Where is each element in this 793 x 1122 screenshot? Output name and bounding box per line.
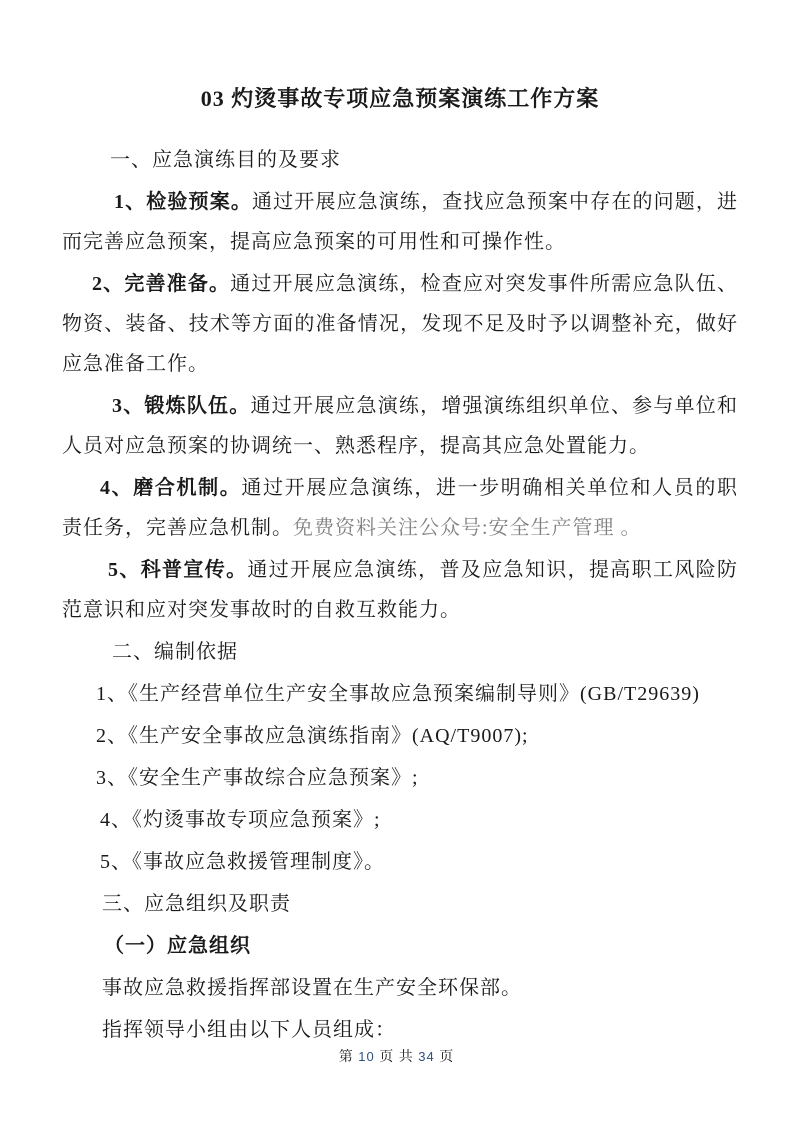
purpose-item-1-lead: 1、检验预案。 [114, 191, 252, 213]
section-organization-heading: 三、应急组织及职责 [62, 884, 738, 924]
document-page: 03 灼烫事故专项应急预案演练工作方案 一、应急演练目的及要求 1、检验预案。通… [0, 0, 793, 1122]
organization-subheading: （一）应急组织 [62, 926, 738, 966]
page-number-current: 10 [358, 1049, 374, 1064]
document-title: 03 灼烫事故专项应急预案演练工作方案 [62, 80, 738, 118]
basis-item-4: 4、《灼烫事故专项应急预案》; [62, 800, 738, 840]
page-number-total: 34 [418, 1049, 434, 1064]
organization-paragraph-1: 事故应急救援指挥部设置在生产安全环保部。 [62, 968, 738, 1008]
footer-suffix: 页 [435, 1050, 455, 1065]
purpose-item-5: 5、科普宣传。通过开展应急演练，普及应急知识，提高职工风险防范意识和应对突发事故… [62, 550, 738, 630]
purpose-item-3-lead: 3、锻炼队伍。 [112, 395, 250, 417]
document-content: 03 灼烫事故专项应急预案演练工作方案 一、应急演练目的及要求 1、检验预案。通… [62, 80, 738, 1052]
promo-note: 免费资料关注公众号:安全生产管理 。 [293, 517, 642, 539]
organization-paragraph-2: 指挥领导小组由以下人员组成： [62, 1010, 738, 1050]
basis-item-3: 3、《安全生产事故综合应急预案》; [62, 758, 738, 798]
basis-item-1: 1、《生产经营单位生产安全事故应急预案编制导则》(GB/T29639) [62, 674, 738, 714]
purpose-item-4-lead: 4、磨合机制。 [100, 477, 241, 499]
section-purpose-heading: 一、应急演练目的及要求 [62, 140, 738, 180]
purpose-item-2-lead: 2、完善准备。 [92, 273, 230, 295]
purpose-item-1: 1、检验预案。通过开展应急演练，查找应急预案中存在的问题，进而完善应急预案，提高… [62, 182, 738, 262]
footer-middle: 页 共 [375, 1050, 419, 1065]
purpose-item-4: 4、磨合机制。通过开展应急演练，进一步明确相关单位和人员的职责任务，完善应急机制… [62, 468, 738, 548]
footer-prefix: 第 [339, 1050, 359, 1065]
purpose-item-5-lead: 5、科普宣传。 [108, 559, 247, 581]
purpose-item-2: 2、完善准备。通过开展应急演练，检查应对突发事件所需应急队伍、物资、装备、技术等… [62, 264, 738, 384]
purpose-item-3: 3、锻炼队伍。通过开展应急演练，增强演练组织单位、参与单位和人员对应急预案的协调… [62, 386, 738, 466]
page-footer: 第 10 页 共 34 页 [0, 1046, 793, 1066]
section-basis-heading: 二、编制依据 [62, 632, 738, 672]
basis-item-5: 5、《事故应急救援管理制度》。 [62, 842, 738, 882]
basis-item-2: 2、《生产安全事故应急演练指南》(AQ/T9007); [62, 716, 738, 756]
